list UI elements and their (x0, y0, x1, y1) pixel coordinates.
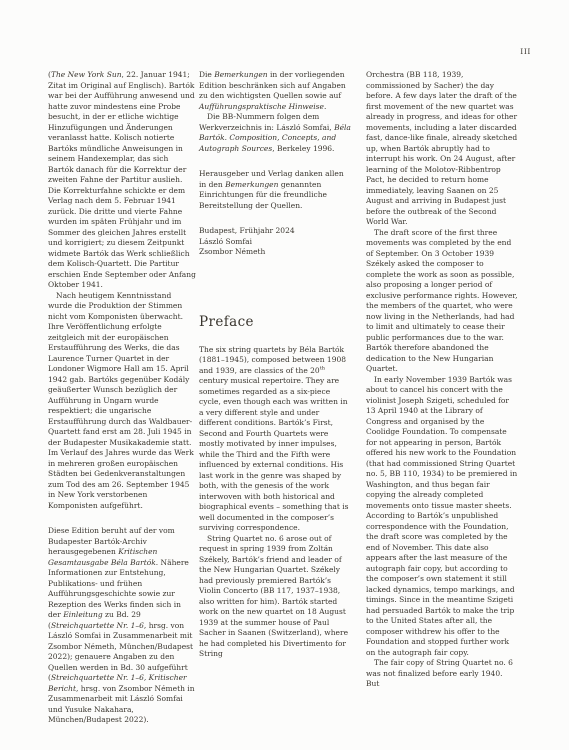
paragraph: Diese Edition beruht auf der vom Budapes… (48, 526, 196, 726)
body-text: , Berkeley 1996. (272, 144, 334, 153)
paragraph: The draft score of the first three movem… (366, 228, 518, 375)
body-text: . (324, 102, 326, 111)
italic-text: Bemerkungen (214, 70, 267, 79)
italic-text: The New York Sun (51, 70, 122, 79)
paragraph: The six string quartets by Béla Bartók (… (199, 345, 353, 534)
signature-line: Budapest, Frühjahr 2024 (199, 226, 353, 237)
body-text: century musical repertoire. They are som… (199, 376, 349, 532)
body-text: Nach heutigem Kenntnisstand wurde die Pr… (48, 291, 194, 510)
signature-line: Zsombor Németh (199, 247, 353, 258)
italic-text: Bemerkungen (225, 180, 278, 189)
document-page: III (The New York Sun, 22. Januar 1941; … (0, 0, 569, 750)
paragraph: Nach heutigem Kenntnisstand wurde die Pr… (48, 291, 196, 512)
body-text: The draft score of the first three movem… (366, 228, 518, 374)
page-number: III (0, 47, 531, 56)
paragraph: The fair copy of String Quartet no. 6 wa… (366, 658, 518, 690)
italic-text: Streichquartette Nr. 1–6 (51, 621, 144, 630)
paragraph: Orchestra (BB 118, 1939, commissioned by… (366, 70, 518, 228)
paragraph: Die Bemerkungen in der vorliegenden Edit… (199, 70, 353, 112)
body-text: Die (199, 70, 214, 79)
body-text: Orchestra (BB 118, 1939, commissioned by… (366, 70, 517, 226)
column-middle: Die Bemerkungen in der vorliegenden Edit… (199, 70, 353, 660)
italic-text: Einleitung (63, 610, 102, 619)
paragraph: String Quartet no. 6 arose out of reques… (199, 534, 353, 660)
superscript-text: th (320, 365, 325, 371)
body-text: String Quartet no. 6 arose out of reques… (199, 534, 348, 659)
preface-heading: Preface (199, 314, 353, 330)
signature-block: Budapest, Frühjahr 2024László SomfaiZsom… (199, 226, 353, 258)
body-text: , 22. Januar 1941; Zitat im Original auf… (48, 70, 196, 289)
body-text: Die BB-Nummern folgen dem Werkverzeichni… (199, 112, 334, 132)
italic-text: Aufführungspraktische Hinweise (199, 102, 324, 111)
paragraph: (The New York Sun, 22. Januar 1941; Zita… (48, 70, 196, 291)
column-right: Orchestra (BB 118, 1939, commissioned by… (366, 70, 518, 690)
paragraph: In early November 1939 Bartók was about … (366, 375, 518, 659)
signature-line: László Somfai (199, 237, 353, 248)
body-text: The fair copy of String Quartet no. 6 wa… (366, 658, 513, 688)
column-left: (The New York Sun, 22. Januar 1941; Zita… (48, 70, 196, 726)
body-text: In early November 1939 Bartók was about … (366, 375, 517, 657)
paragraph: Die BB-Nummern folgen dem Werkverzeichni… (199, 112, 353, 154)
paragraph: Herausgeber und Verlag danken allen in d… (199, 169, 353, 211)
